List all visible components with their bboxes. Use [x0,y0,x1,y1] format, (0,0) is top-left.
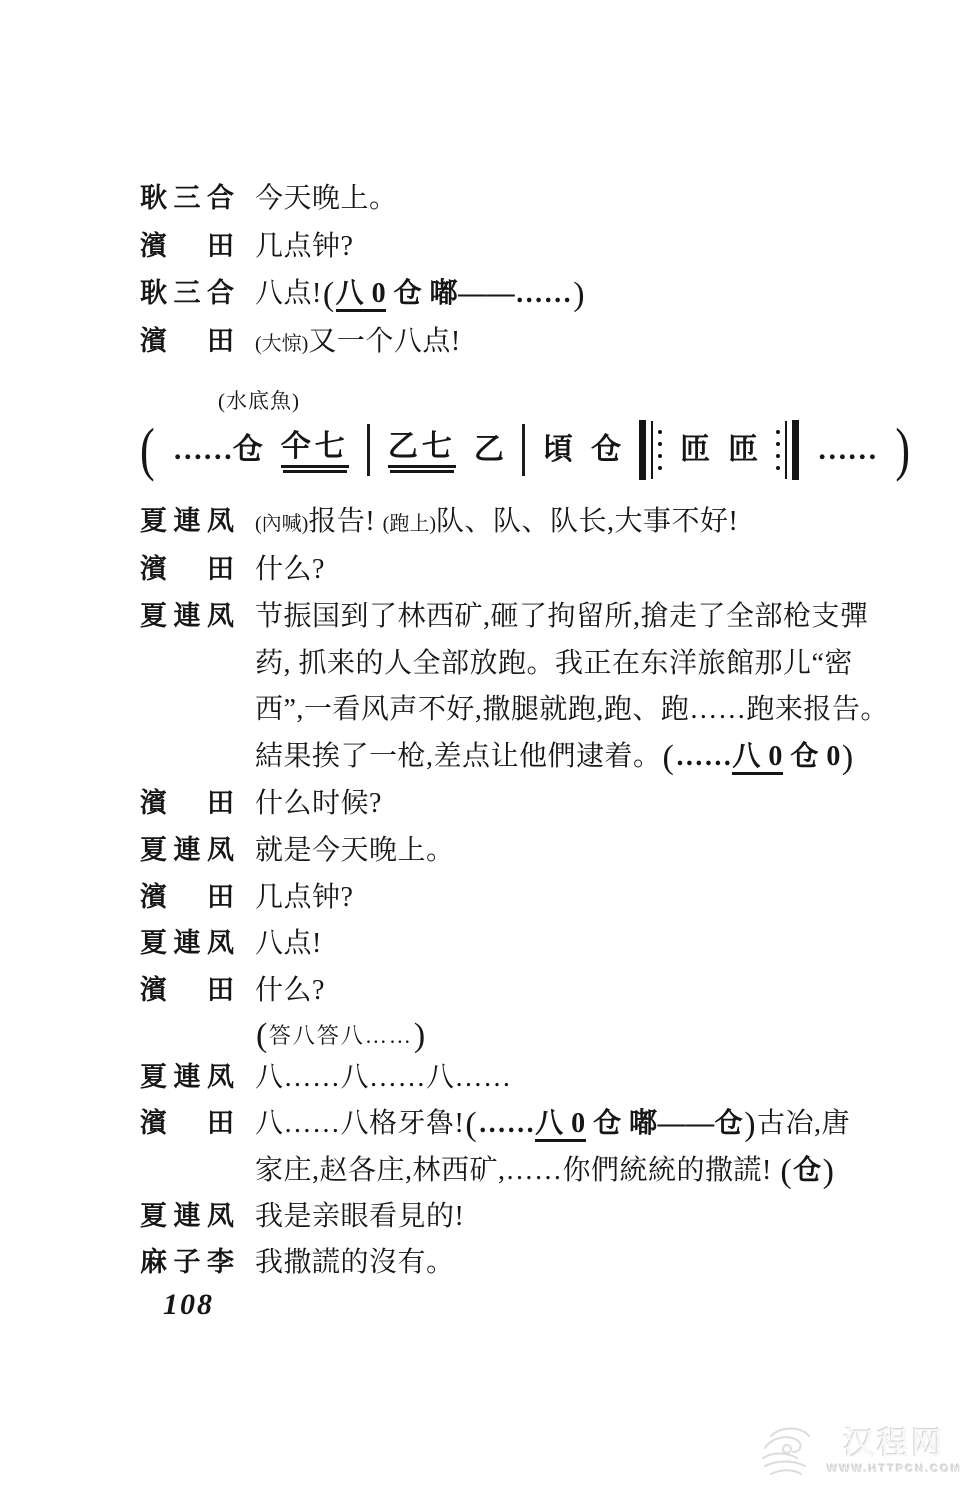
paren: ) [413,1017,427,1054]
speaker-name-char: 田 [207,319,234,363]
speaker-name-char: 連 [174,1055,201,1099]
speech-text: 就是今天晚上。 [255,835,455,866]
stage-direction: (跑上) [383,513,436,535]
speaker-name: 夏連凤 [140,921,234,965]
speech-text: 我撒謊的沒有。 [255,1247,455,1278]
speech-line: 八……八格牙魯!(……八 0 仓 嘟——仓)古冶,唐 [255,1101,850,1148]
speech-text: 我是亲眼看見的! [255,1201,464,1232]
speech-text: 节振国到了林西矿,砸了拘留所,搶走了全部枪支彈 [255,601,869,632]
speaker-name-char: 麻 [140,1240,167,1284]
speech-text: 什么时候? [255,788,382,819]
dialogue-row: 耿三合今天晚上。 [140,176,398,223]
speaker-name: 耿三合 [140,271,234,315]
dialogue-row: 夏連凤节振国到了林西矿,砸了拘留所,搶走了全部枪支彈药, 抓来的人全部放跑。我正… [140,594,889,780]
speaker-name-char: 連 [174,1194,201,1238]
speech-text: 西”,一看风声不好,撒腿就跑,跑、跑……跑来报告。 [255,694,889,725]
speech-line: 我撒謊的沒有。 [255,1240,455,1287]
speaker-name: 夏連凤 [140,828,234,872]
speaker-name: 濱田 [140,875,234,919]
speech-text: 什么? [255,975,325,1006]
paren: ) [572,276,586,313]
percussion-notation-block: (水底魚)(……仓仐七乙七乙頃仓匝匝……) [140,385,910,481]
speaker-name-char: 夏 [140,828,167,872]
speaker-name-char: 子 [174,1240,201,1284]
dialogue-row: 麻子李我撒謊的沒有。 [140,1240,455,1287]
speech-text: 几点钟? [255,231,353,262]
speaker-name: 麻子李 [140,1240,234,1284]
speaker-name-char: 田 [207,547,234,591]
speaker-name: 濱田 [140,547,234,591]
speech-line: 几点钟? [255,875,353,922]
speaker-name-char: 濱 [140,224,167,268]
paren: ( [779,1153,793,1190]
dialogue-row: 耿三合八点!(八 0 仓 嘟——……) [140,271,586,318]
site-url: WWW.HTTPCN.COM [827,1463,962,1475]
speaker-name-char: 三 [174,176,201,220]
dialogue-row: 夏連凤八点! [140,921,322,968]
speech: 几点钟? [255,224,353,271]
speaker-name-char: 夏 [140,1194,167,1238]
dialogue-row: 夏連凤八……八……八…… [140,1055,512,1102]
speaker-name: 濱田 [140,319,234,363]
speech: 八点! [255,921,322,968]
speaker-name-char: 田 [207,224,234,268]
speech-line: 节振国到了林西矿,砸了拘留所,搶走了全部枪支彈 [255,594,889,641]
speaker-name-char: 夏 [140,499,167,543]
speaker-name-char: 濱 [140,319,167,363]
speaker-name-char: 田 [207,875,234,919]
speaker-name: 濱田 [140,781,234,825]
speech-line: 就是今天晚上。 [255,828,455,875]
speech-text: 什么? [255,554,325,585]
speech: (大惊)又一个八点! [255,319,461,368]
speaker-name-char: 夏 [140,1055,167,1099]
speech: 八……八格牙魯!(……八 0 仓 嘟——仓)古冶,唐家庄,赵各庄,林西矿,……你… [255,1101,850,1194]
speech-line: 什么? [255,968,325,1015]
speaker-name-char: 濱 [140,875,167,919]
speaker-name: 濱田 [140,968,234,1012]
speaker-name-char: 濱 [140,781,167,825]
speaker-name-char: 凤 [207,499,234,543]
stage-direction: (大惊) [255,333,308,355]
speech-text: 队、队、队长,大事不好! [436,506,738,537]
speaker-name-char: 凤 [207,594,234,638]
speech-text: 八点! [255,278,322,309]
dialogue-row: 夏連凤(內喊)报告! (跑上)队、队、队长,大事不好! [140,499,738,548]
dialogue-row: 濱田什么? [140,968,325,1015]
site-name: 汉程网 [844,1427,946,1461]
speaker-name-char: 三 [174,271,201,315]
barline [367,424,370,476]
percussion-syllable: 乙 [474,435,504,465]
tune-name-label: (水底魚) [218,385,910,415]
paren: ( [662,739,676,776]
repeat-sign-close [776,420,799,480]
percussion-syllable: 匝 [680,435,710,465]
speech-text: 八……八……八…… [255,1062,512,1093]
speech-line: 什么时候? [255,781,382,828]
speaker-name-char: 李 [207,1240,234,1284]
speaker-name-char: 夏 [140,921,167,965]
speaker-name-char: 田 [207,1101,234,1145]
percussion-syllable: 仓 0 [783,741,841,772]
underlined-beat-group: 乙七 [388,432,456,468]
speaker-name-char: 耿 [140,271,167,315]
speech-line: (內喊)报告! (跑上)队、队、队长,大事不好! [255,499,738,548]
dragon-swirl-icon [757,1422,821,1480]
speaker-name: 濱田 [140,224,234,268]
speech: 八……八……八…… [255,1055,512,1102]
speech-text: 八点! [255,928,322,959]
speaker-name-char: 凤 [207,828,234,872]
speaker-name: 濱田 [140,1101,234,1145]
barline [522,424,525,476]
dialogue-row: 濱田几点钟? [140,875,353,922]
speaker-name-char: 連 [174,921,201,965]
speech-text: 又一个八点! [308,326,460,357]
speech-line: 八……八……八…… [255,1055,512,1102]
speech-text: 古冶,唐 [757,1108,850,1139]
dialogue-row: 夏連凤我是亲眼看見的! [140,1194,464,1241]
percussion-line: (……仓仐七乙七乙頃仓匝匝……) [140,419,910,481]
paren: ) [841,739,855,776]
paren: ( [464,1106,478,1143]
percussion-syllable: 頃 [543,435,573,465]
speech: 就是今天晚上。 [255,828,455,875]
speaker-name-char: 凤 [207,1055,234,1099]
speech: 几点钟? [255,875,353,922]
speaker-name-char: 連 [174,828,201,872]
sound-effect-text: 答八答八…… [269,1023,413,1048]
speech: 什么? [255,547,325,594]
percussion-syllable: …… [675,741,732,772]
page-number: 108 [163,1288,214,1322]
speech-text: 今天晚上。 [255,183,398,214]
speech-line: 八点! [255,921,322,968]
speaker-name-char: 合 [207,271,234,315]
percussion-syllable: ……仓 [173,435,263,465]
speech-line: 今天晚上。 [255,176,398,223]
percussion-syllable: 仓 嘟——仓 [586,1108,744,1139]
speech-line: 結果挨了一枪,差点让他們逮着。(……八 0 仓 0) [255,734,889,781]
speech-text: 几点钟? [255,882,353,913]
percussion-syllable: 仓 嘟——…… [386,278,572,309]
big-paren: ( [140,420,155,479]
speech: 八点!(八 0 仓 嘟——……) [255,271,586,318]
speech: 今天晚上。 [255,176,398,223]
speaker-name-char: 田 [207,781,234,825]
speaker-name-char: 濱 [140,1101,167,1145]
speech: (內喊)报告! (跑上)队、队、队长,大事不好! [255,499,738,548]
paren: ) [822,1153,836,1190]
speaker-name-char: 夏 [140,594,167,638]
speech-line: 西”,一看风声不好,撒腿就跑,跑、跑……跑来报告。 [255,687,889,734]
percussion-syllable: …… [817,435,877,465]
speech: 什么时候? [255,781,382,828]
underlined-beat: 八 0 [732,741,783,775]
speaker-name-char: 凤 [207,921,234,965]
speech-line: (答八答八……) [255,1012,427,1060]
speaker-name-char: 凤 [207,1194,234,1238]
paren: ) [743,1106,757,1143]
paren: ( [255,1017,269,1054]
underlined-beat: 八 0 [535,1108,586,1142]
speaker-name-char: 合 [207,176,234,220]
big-paren: ) [895,420,910,479]
percussion-syllable: 仓 [591,435,621,465]
speech-text: 药, 抓来的人全部放跑。我正在东洋旅館那儿“密 [255,648,853,679]
speech-line: 几点钟? [255,224,353,271]
speech: 节振国到了林西矿,砸了拘留所,搶走了全部枪支彈药, 抓来的人全部放跑。我正在东洋… [255,594,889,780]
speech-line: 八点!(八 0 仓 嘟——……) [255,271,586,318]
underlined-beat-group: 仐七 [281,432,349,468]
speaker-name: 夏連凤 [140,499,234,543]
dialogue-row: 濱田八……八格牙魯!(……八 0 仓 嘟——仓)古冶,唐家庄,赵各庄,林西矿,…… [140,1101,850,1194]
speaker-name-char: 濱 [140,547,167,591]
speaker-name-char: 連 [174,499,201,543]
speaker-name: 夏連凤 [140,1055,234,1099]
percussion-syllable: 仓 [793,1155,822,1186]
dialogue-row: 夏連凤就是今天晚上。 [140,828,455,875]
speaker-name-char: 田 [207,968,234,1012]
speaker-name-char: 耿 [140,176,167,220]
speech: (答八答八……) [255,1012,427,1060]
percussion-syllable: 匝 [728,435,758,465]
watermark: 汉程网 WWW.HTTPCN.COM [757,1422,962,1480]
dialogue-row: 濱田什么时候? [140,781,382,828]
speech-line: 我是亲眼看見的! [255,1194,464,1241]
speech-text: 报告! [308,506,382,537]
speaker-name: 夏連凤 [140,1194,234,1238]
scanned-script-page: 耿三合今天晚上。濱田几点钟?耿三合八点!(八 0 仓 嘟——……)濱田(大惊)又… [0,0,974,1494]
dialogue-row: (答八答八……) [140,1012,427,1060]
speaker-name: 耿三合 [140,176,234,220]
speech: 什么? [255,968,325,1015]
speech: 我是亲眼看見的! [255,1194,464,1241]
dialogue-row: 濱田(大惊)又一个八点! [140,319,461,368]
dialogue-row: 濱田几点钟? [140,224,353,271]
speaker-name-char: 濱 [140,968,167,1012]
repeat-sign-open [639,420,662,480]
speech-line: 家庄,赵各庄,林西矿,……你們統統的撒謊! (仓) [255,1148,850,1195]
speech-text: 家庄,赵各庄,林西矿,……你們統統的撒謊! [255,1155,779,1186]
speech-line: 药, 抓来的人全部放跑。我正在东洋旅館那儿“密 [255,641,889,688]
watermark-text: 汉程网 WWW.HTTPCN.COM [827,1427,962,1475]
speaker-name: 夏連凤 [140,594,234,638]
speech-text: 八……八格牙魯! [255,1108,464,1139]
speech-line: 什么? [255,547,325,594]
speech: 我撒謊的沒有。 [255,1240,455,1287]
percussion-syllable: …… [478,1108,535,1139]
speech-line: (大惊)又一个八点! [255,319,461,368]
stage-direction: (內喊) [255,513,308,535]
paren: ( [322,276,336,313]
speech-text: 結果挨了一枪,差点让他們逮着。 [255,741,662,772]
speaker-name-char: 連 [174,594,201,638]
underlined-beat: 八 0 [336,278,387,312]
dialogue-row: 濱田什么? [140,547,325,594]
